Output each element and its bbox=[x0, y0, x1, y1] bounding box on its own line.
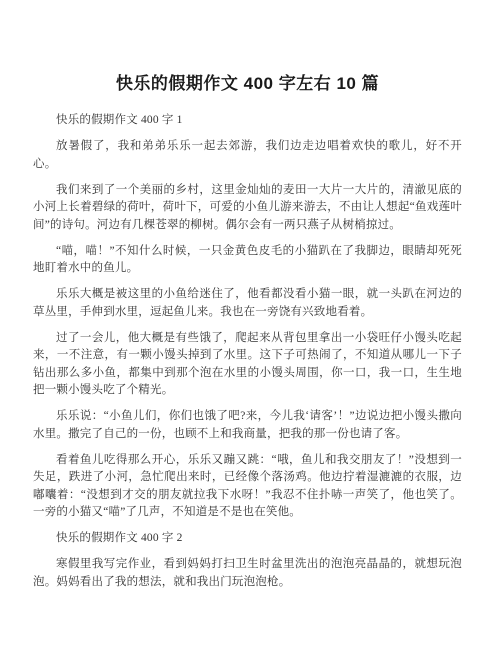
essay-section-1: 快乐的假期作文 400 字 1 放暑假了，我和弟弟乐乐一起去郊游，我们边走边唱着… bbox=[33, 112, 462, 522]
paragraph: 过了一会儿，他大概是有些饿了，爬起来从背包里拿出一小袋旺仔小馒头吃起来，一不注意… bbox=[33, 330, 462, 400]
paragraph: 乐乐说：“小鱼儿们，你们也饿了吧?来，今儿我‘请客’！”边说边把小馒头撒向水里。… bbox=[33, 408, 462, 443]
paragraph: “喵，喵！”不知什么时候，一只金黄色皮毛的小猫趴在了我脚边，眼睛却死死地盯着水中… bbox=[33, 243, 462, 278]
paragraph: 乐乐大概是被这里的小鱼给迷住了，他看都没看小猫一眼，就一头趴在河边的草丛里，手伸… bbox=[33, 286, 462, 321]
paragraph: 看着鱼儿吃得那么开心，乐乐又蹦又跳：“哦，鱼儿和我交朋友了！”没想到一失足，跌进… bbox=[33, 452, 462, 522]
document-title: 快乐的假期作文 400 字左右 10 篇 bbox=[33, 73, 462, 94]
paragraph: 寒假里我写完作业，看到妈妈打扫卫生时盆里洗出的泡泡亮晶晶的，就想玩泡泡。妈妈看出… bbox=[33, 556, 462, 591]
paragraph: 放暑假了，我和弟弟乐乐一起去郊游，我们边走边唱着欢快的歌儿，好不开心。 bbox=[33, 138, 462, 173]
section-heading: 快乐的假期作文 400 字 1 bbox=[33, 112, 462, 130]
document-page: 快乐的假期作文 400 字左右 10 篇 快乐的假期作文 400 字 1 放暑假… bbox=[0, 0, 500, 647]
section-heading: 快乐的假期作文 400 字 2 bbox=[33, 530, 462, 548]
essay-section-2: 快乐的假期作文 400 字 2 寒假里我写完作业，看到妈妈打扫卫生时盆里洗出的泡… bbox=[33, 530, 462, 591]
paragraph: 我们来到了一个美丽的乡村，这里金灿灿的麦田一大片一大片的，清澈见底的小河上长着碧… bbox=[33, 182, 462, 235]
